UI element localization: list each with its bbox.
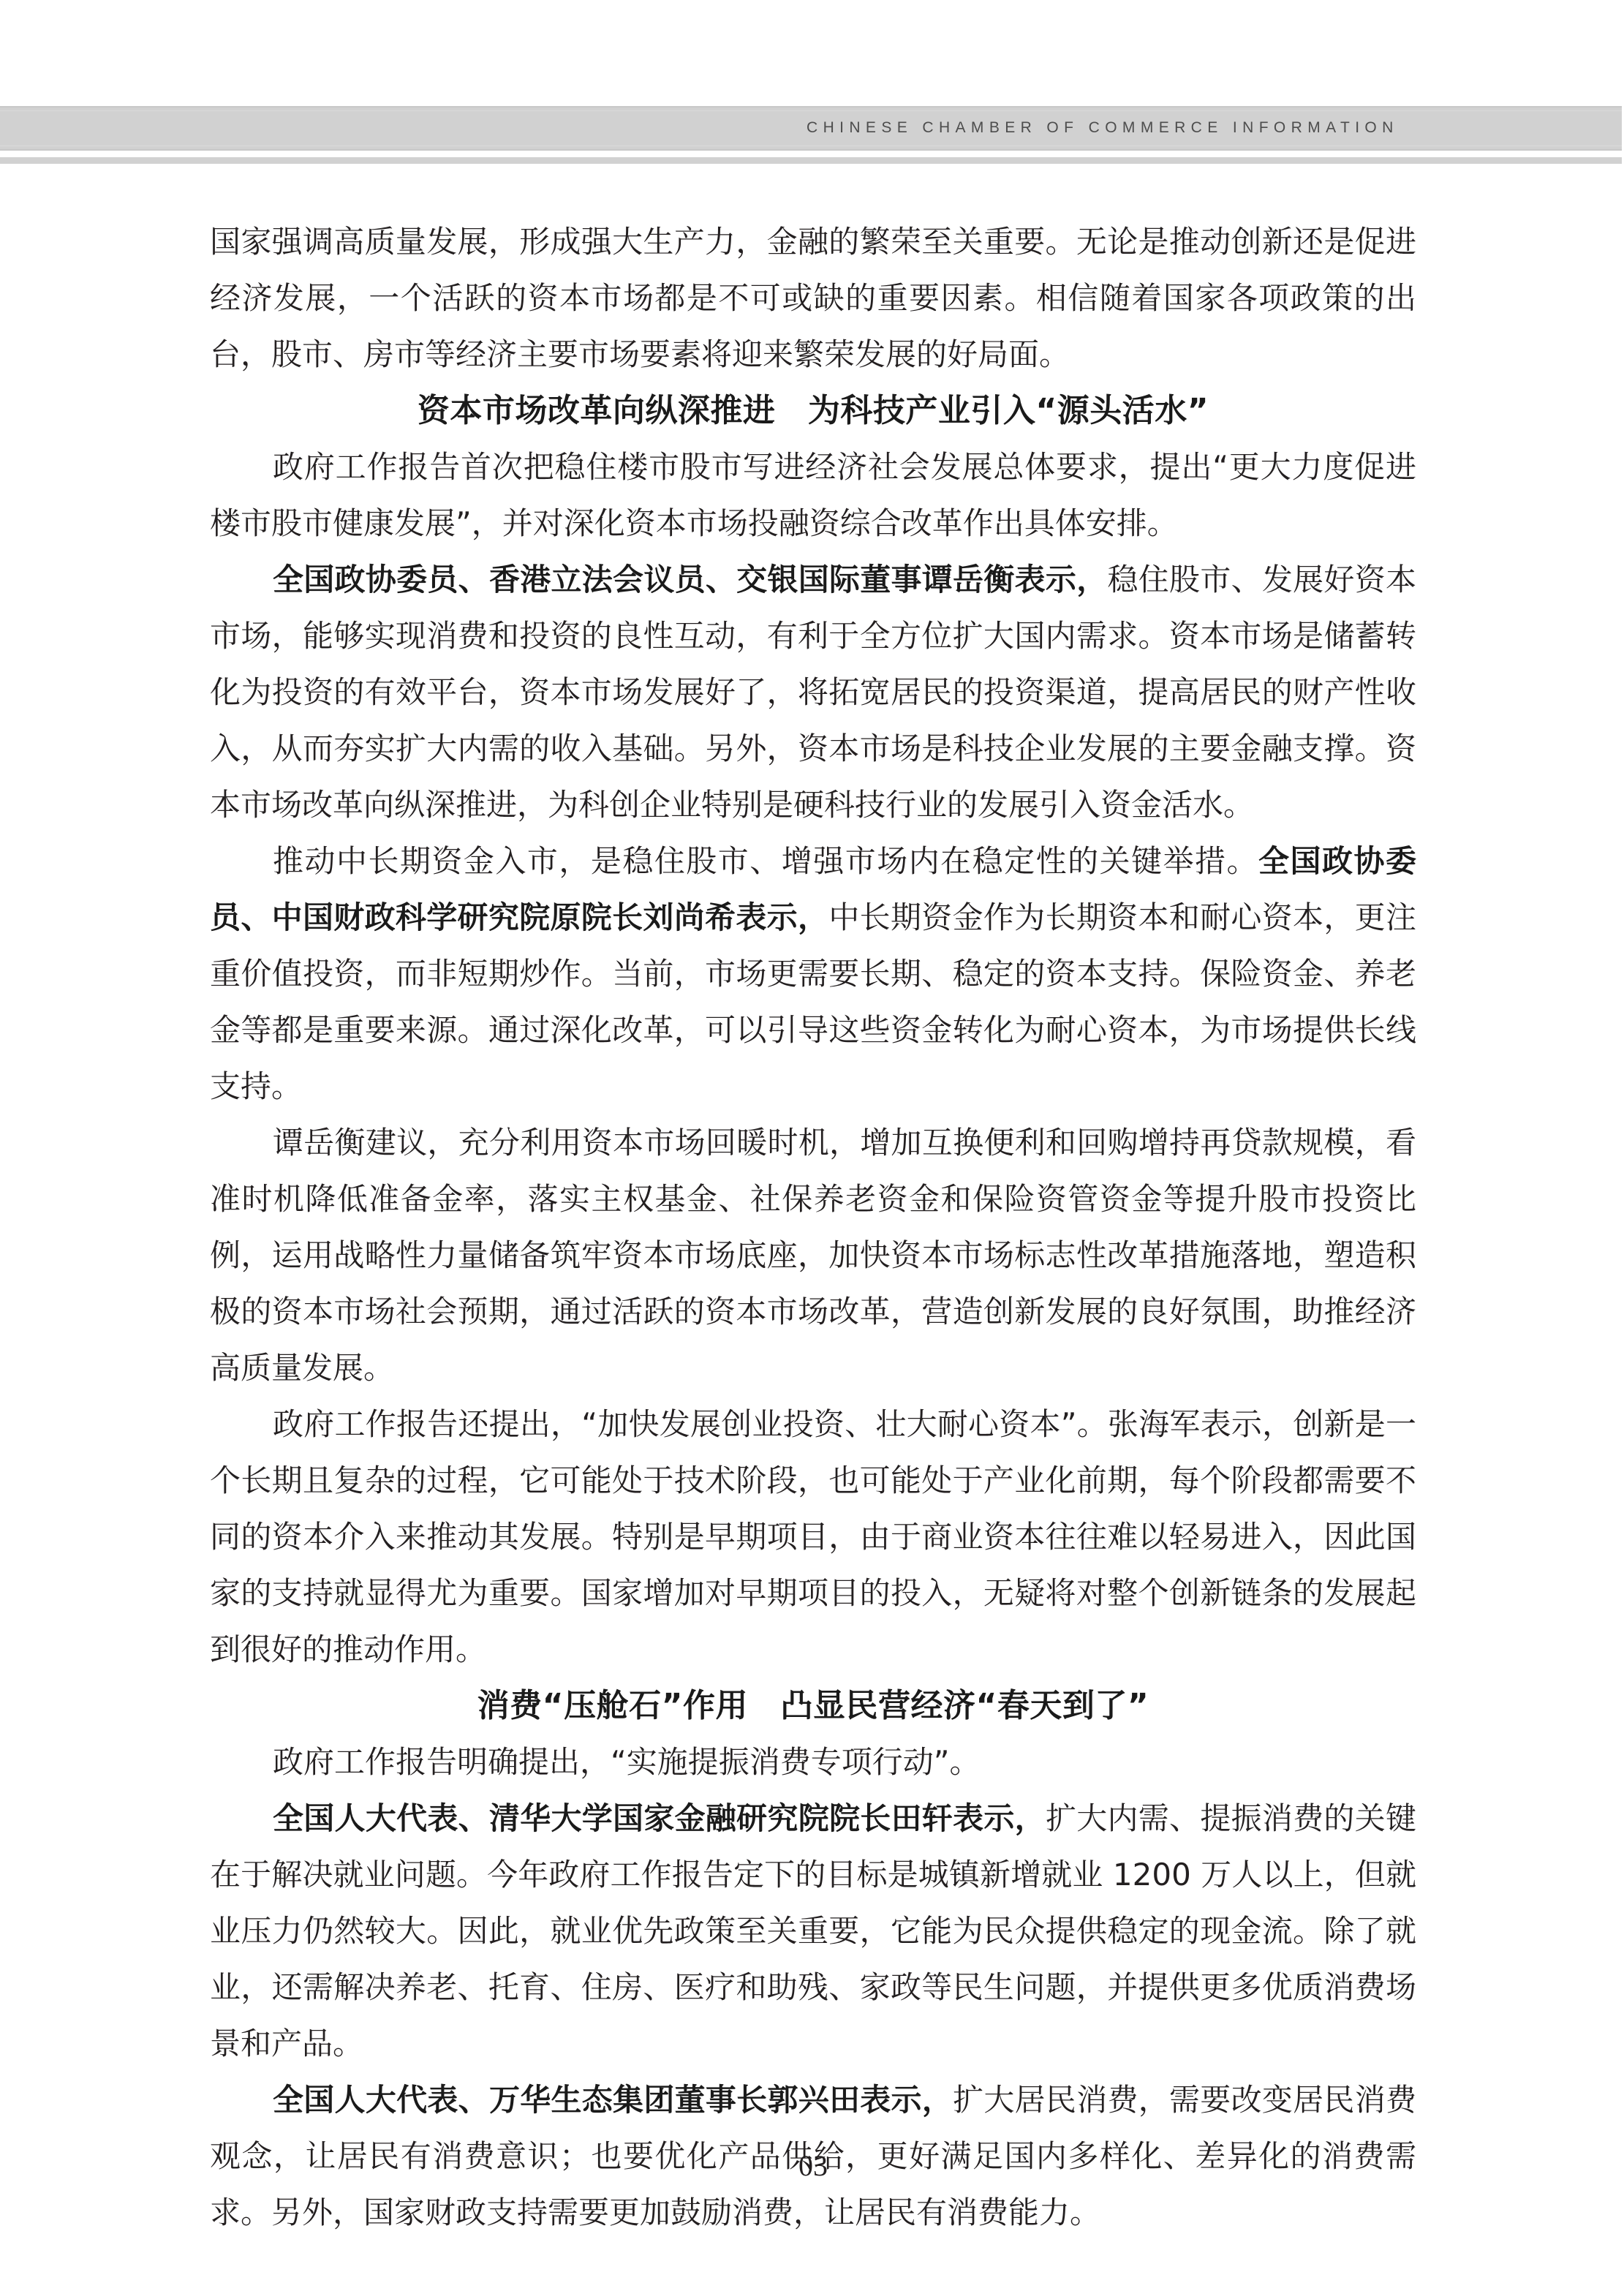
article-body: 国家强调高质量发展，形成强大生产力，金融的繁荣至关重要。无论是推动创新还是促进经…: [210, 214, 1416, 2241]
intro-paragraph: 国家强调高质量发展，形成强大生产力，金融的繁荣至关重要。无论是推动创新还是促进经…: [210, 214, 1416, 382]
speaker-attribution: 全国人大代表、清华大学国家金融研究院院长田轩表示，: [273, 1800, 1046, 1836]
publication-title: CHINESE CHAMBER OF COMMERCE INFORMATION: [807, 118, 1399, 138]
paragraph-body: 稳住股市、发展好资本市场，能够实现消费和投资的良性互动，有利于全方位扩大国内需求…: [210, 562, 1416, 823]
paragraph-body: 扩大内需、提振消费的关键在于解决就业问题。今年政府工作报告定下的目标是城镇新增就…: [210, 1800, 1416, 2061]
paragraph-lead-in: 推动中长期资金入市，是稳住股市、增强市场内在稳定性的关键举措。: [273, 843, 1258, 879]
paragraph: 谭岳衡建议，充分利用资本市场回暖时机，增加互换便利和回购增持再贷款规模，看准时机…: [210, 1114, 1416, 1396]
paragraph-quote-tan-yueheng: 全国政协委员、香港立法会议员、交银国际董事谭岳衡表示，稳住股市、发展好资本市场，…: [210, 551, 1416, 833]
section-heading-capital-market: 资本市场改革向纵深推进 为科技产业引入“源头活水”: [210, 382, 1416, 439]
paragraph-quote-liu-shangxi: 推动中长期资金入市，是稳住股市、增强市场内在稳定性的关键举措。全国政协委员、中国…: [210, 833, 1416, 1114]
speaker-attribution: 全国政协委员、香港立法会议员、交银国际董事谭岳衡表示，: [273, 562, 1107, 597]
speaker-attribution: 全国人大代表、万华生态集团董事长郭兴田表示，: [273, 2082, 953, 2118]
header-band-inner-line-top: [0, 110, 1622, 111]
section-heading-consumption: 消费“压舱石”作用 凸显民营经济“春天到了”: [210, 1677, 1416, 1734]
paragraph: 政府工作报告首次把稳住楼市股市写进经济社会发展总体要求，提出“更大力度促进楼市股…: [210, 439, 1416, 551]
header-band: CHINESE CHAMBER OF COMMERCE INFORMATION: [0, 106, 1622, 151]
paragraph: 政府工作报告明确提出，“实施提振消费专项行动”。: [210, 1734, 1416, 1790]
paragraph-quote-tian-xuan: 全国人大代表、清华大学国家金融研究院院长田轩表示，扩大内需、提振消费的关键在于解…: [210, 1790, 1416, 2072]
header-divider-band: [0, 157, 1622, 164]
paragraph: 政府工作报告还提出，“加快发展创业投资、壮大耐心资本”。张海军表示，创新是一个长…: [210, 1396, 1416, 1677]
header-band-inner-line-bottom: [0, 146, 1622, 146]
page-number: 03: [797, 2148, 829, 2184]
